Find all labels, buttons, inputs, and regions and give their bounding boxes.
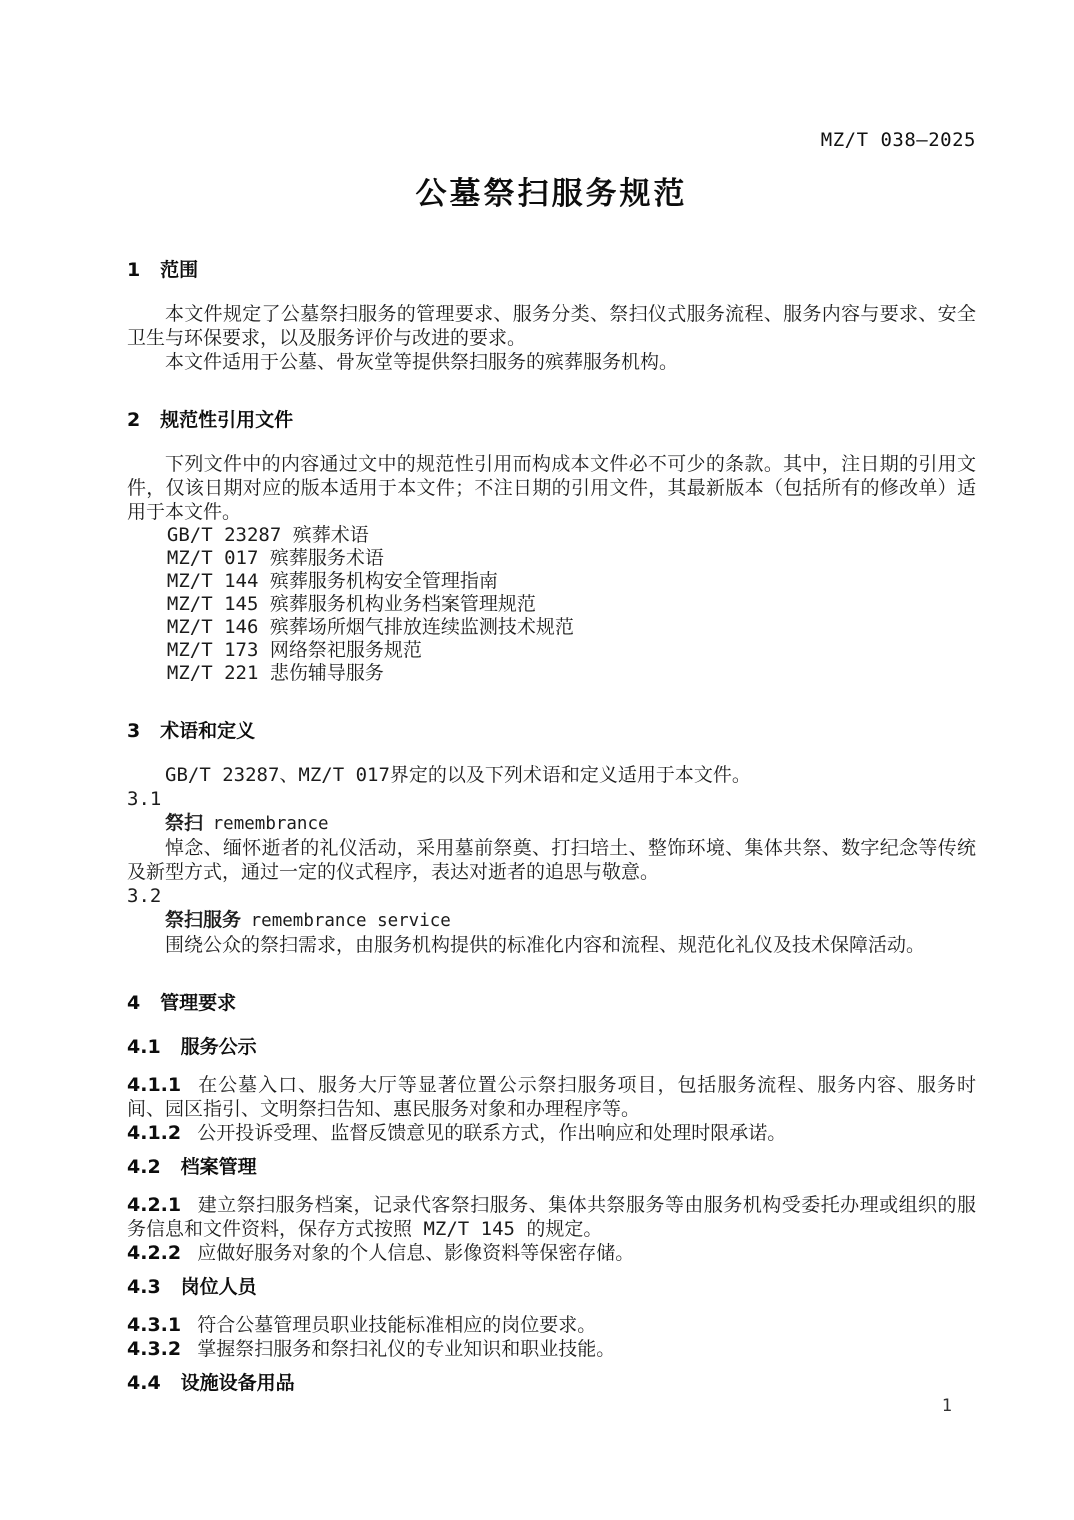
heading-number: 3 — [127, 720, 140, 742]
clause: 4.3.2掌握祭扫服务和祭扫礼仪的专业知识和职业技能。 — [127, 1337, 976, 1361]
paragraph: GB/T 23287、MZ/T 017界定的以及下列术语和定义适用于本文件。 — [127, 763, 976, 787]
heading-number: 4.2 — [127, 1156, 161, 1178]
paragraph: 本文件规定了公墓祭扫服务的管理要求、服务分类、祭扫仪式服务流程、服务内容与要求、… — [127, 302, 976, 350]
clause-text: 应做好服务对象的个人信息、影像资料等保密存储。 — [197, 1242, 634, 1264]
term-name-zh: 祭扫服务 — [165, 909, 241, 931]
document-page: MZ/T 038—2025 公墓祭扫服务规范 1范围本文件规定了公墓祭扫服务的管… — [0, 0, 1074, 1520]
heading-number: 1 — [127, 259, 140, 281]
clause-number: 4.2.1 — [127, 1194, 181, 1216]
clause-text: 建立祭扫服务档案，记录代客祭扫服务、集体共祭服务等由服务机构受委托办理或组织的服… — [127, 1194, 976, 1240]
reference-item: MZ/T 144 殡葬服务机构安全管理指南 — [127, 570, 976, 593]
clause-number: 4.3.2 — [127, 1338, 181, 1360]
chapter-heading: 2规范性引用文件 — [127, 408, 976, 432]
chapter-heading: 1范围 — [127, 258, 976, 282]
clause-text: 在公墓入口、服务大厅等显著位置公示祭扫服务项目，包括服务流程、服务内容、服务时间… — [127, 1074, 976, 1120]
term-number: 3.1 — [127, 787, 976, 811]
term-name-en: remembrance — [213, 814, 329, 834]
document-body: 1范围本文件规定了公墓祭扫服务的管理要求、服务分类、祭扫仪式服务流程、服务内容与… — [127, 258, 976, 1395]
reference-item: MZ/T 221 悲伤辅导服务 — [127, 662, 976, 685]
heading-title: 管理要求 — [160, 992, 236, 1014]
clause-number: 4.3.1 — [127, 1314, 181, 1336]
clause: 4.1.2公开投诉受理、监督反馈意见的联系方式，作出响应和处理时限承诺。 — [127, 1121, 976, 1145]
heading-number: 4.4 — [127, 1372, 161, 1394]
term-title: 祭扫服务remembrance service — [127, 908, 976, 933]
paragraph: 下列文件中的内容通过文中的规范性引用而构成本文件必不可少的条款。其中，注日期的引… — [127, 452, 976, 524]
clause: 4.2.2应做好服务对象的个人信息、影像资料等保密存储。 — [127, 1241, 976, 1265]
term-definition: 悼念、缅怀逝者的礼仪活动，采用墓前祭奠、打扫培土、整饰环境、集体共祭、数字纪念等… — [127, 836, 976, 884]
clause-number: 4.1.2 — [127, 1122, 181, 1144]
section-heading: 4.3岗位人员 — [127, 1275, 976, 1299]
section-heading: 4.4设施设备用品 — [127, 1371, 976, 1395]
heading-number: 4 — [127, 992, 140, 1014]
reference-item: MZ/T 146 殡葬场所烟气排放连续监测技术规范 — [127, 616, 976, 639]
heading-number: 2 — [127, 409, 140, 431]
document-title: 公墓祭扫服务规范 — [127, 174, 976, 214]
term-name-en: remembrance service — [251, 911, 451, 931]
heading-title: 服务公示 — [181, 1036, 257, 1058]
clause-text: 符合公墓管理员职业技能标准相应的岗位要求。 — [197, 1314, 596, 1336]
reference-item: GB/T 23287 殡葬术语 — [127, 524, 976, 547]
term-definition: 围绕公众的祭扫需求，由服务机构提供的标准化内容和流程、规范化礼仪及技术保障活动。 — [127, 933, 976, 957]
page-number: 1 — [942, 1396, 952, 1416]
heading-title: 档案管理 — [181, 1156, 257, 1178]
clause-text: 掌握祭扫服务和祭扫礼仪的专业知识和职业技能。 — [197, 1338, 615, 1360]
clause-number: 4.1.1 — [127, 1074, 181, 1096]
reference-item: MZ/T 145 殡葬服务机构业务档案管理规范 — [127, 593, 976, 616]
paragraph: 本文件适用于公墓、骨灰堂等提供祭扫服务的殡葬服务机构。 — [127, 350, 976, 374]
section-heading: 4.2档案管理 — [127, 1155, 976, 1179]
heading-title: 范围 — [160, 259, 198, 281]
reference-item: MZ/T 173 网络祭祀服务规范 — [127, 639, 976, 662]
heading-number: 4.3 — [127, 1276, 161, 1298]
document-header: MZ/T 038—2025 公墓祭扫服务规范 — [127, 130, 976, 214]
heading-title: 设施设备用品 — [181, 1372, 295, 1394]
clause: 4.2.1建立祭扫服务档案，记录代客祭扫服务、集体共祭服务等由服务机构受委托办理… — [127, 1193, 976, 1241]
heading-title: 规范性引用文件 — [160, 409, 293, 431]
standard-number: MZ/T 038—2025 — [127, 130, 976, 150]
heading-title: 岗位人员 — [181, 1276, 257, 1298]
clause: 4.1.1在公墓入口、服务大厅等显著位置公示祭扫服务项目，包括服务流程、服务内容… — [127, 1073, 976, 1121]
reference-item: MZ/T 017 殡葬服务术语 — [127, 547, 976, 570]
clause-number: 4.2.2 — [127, 1242, 181, 1264]
chapter-heading: 3术语和定义 — [127, 719, 976, 743]
clause-text: 公开投诉受理、监督反馈意见的联系方式，作出响应和处理时限承诺。 — [197, 1122, 786, 1144]
term-title: 祭扫remembrance — [127, 811, 976, 836]
term-name-zh: 祭扫 — [165, 812, 203, 834]
section-heading: 4.1服务公示 — [127, 1035, 976, 1059]
clause: 4.3.1符合公墓管理员职业技能标准相应的岗位要求。 — [127, 1313, 976, 1337]
term-number: 3.2 — [127, 884, 976, 908]
heading-title: 术语和定义 — [160, 720, 255, 742]
heading-number: 4.1 — [127, 1036, 161, 1058]
chapter-heading: 4管理要求 — [127, 991, 976, 1015]
